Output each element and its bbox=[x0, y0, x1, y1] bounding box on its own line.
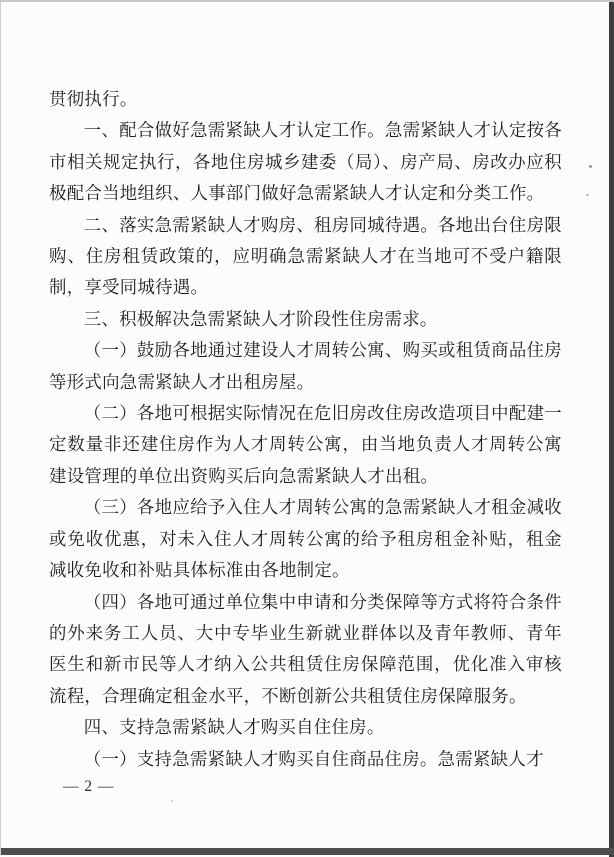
paragraph-item-4-1: （一）支持急需紧缺人才购买自住商品住房。急需紧缺人才 bbox=[49, 744, 562, 775]
scanned-document-page: 贯彻执行。 一、配合做好急需紧缺人才认定工作。急需紧缺人才认定按各市相关规定执行… bbox=[0, 0, 614, 855]
scan-speck bbox=[171, 800, 173, 802]
paragraph-item-3-4: （四）各地可通过单位集中申请和分类保障等方式将符合条件的外来务工人员、大中专毕业… bbox=[49, 587, 562, 713]
paragraph-item-3-3: （三）各地应给予入住人才周转公寓的急需紧缺人才租金减收或免收优惠，对未入住人才周… bbox=[49, 492, 562, 586]
document-body: 贯彻执行。 一、配合做好急需紧缺人才认定工作。急需紧缺人才认定按各市相关规定执行… bbox=[49, 84, 562, 775]
scan-edge-bottom bbox=[1, 848, 614, 855]
paragraph-section-4: 四、支持急需紧缺人才购买自住住房。 bbox=[49, 712, 562, 743]
page-number: — 2 — bbox=[63, 778, 115, 796]
paragraph-continuation: 贯彻执行。 bbox=[49, 84, 562, 115]
scan-edge-right bbox=[609, 2, 614, 855]
scan-speck bbox=[586, 194, 589, 196]
paragraph-section-1: 一、配合做好急需紧缺人才认定工作。急需紧缺人才认定按各市相关规定执行，各地住房城… bbox=[49, 115, 562, 209]
paragraph-item-3-2: （二）各地可根据实际情况在危旧房改住房改造项目中配建一定数量非还建住房作为人才周… bbox=[49, 398, 562, 492]
paragraph-section-2: 二、落实急需紧缺人才购房、租房同城待遇。各地出台住房限购、住房租赁政策的，应明确… bbox=[49, 210, 562, 304]
paragraph-section-3: 三、积极解决急需紧缺人才阶段性住房需求。 bbox=[49, 304, 562, 335]
scan-speck bbox=[589, 165, 592, 168]
paragraph-item-3-1: （一）鼓励各地通过建设人才周转公寓、购买或租赁商品住房等形式向急需紧缺人才出租房… bbox=[49, 335, 562, 398]
